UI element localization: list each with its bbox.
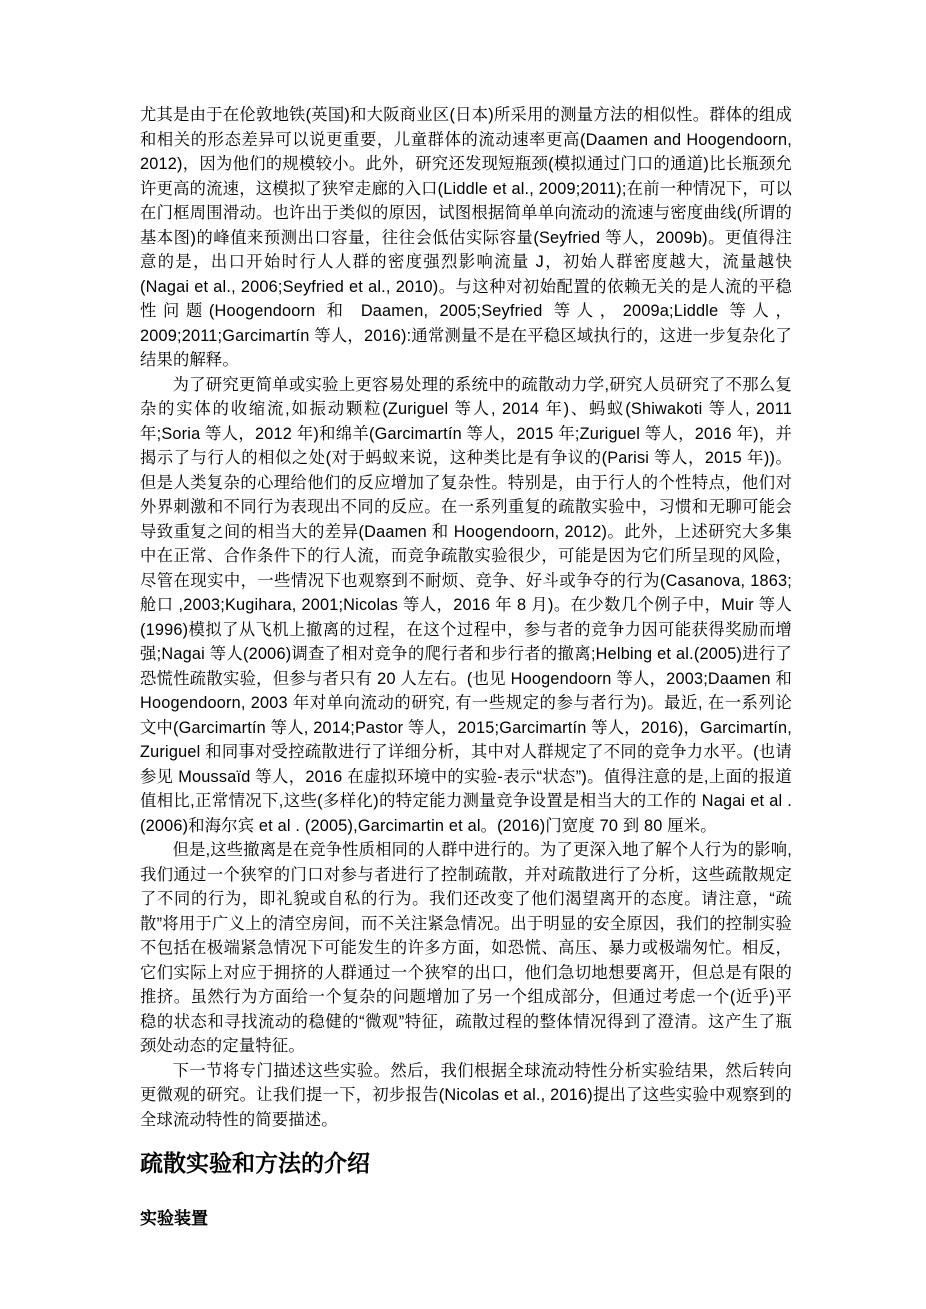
subsection-heading: 实验装置 bbox=[140, 1208, 792, 1230]
section-heading: 疏散实验和方法的介绍 bbox=[140, 1148, 792, 1178]
paragraph-1: 尤其是由于在伦敦地铁(英国)和大阪商业区(日本)所采用的测量方法的相似性。群体的… bbox=[140, 103, 792, 373]
document-page: 尤其是由于在伦敦地铁(英国)和大阪商业区(日本)所采用的测量方法的相似性。群体的… bbox=[140, 103, 792, 1230]
paragraph-3: 但是,这些撤离是在竞争性质相同的人群中进行的。为了更深入地了解个人行为的影响,我… bbox=[140, 838, 792, 1059]
paragraph-4: 下一节将专门描述这些实验。然后，我们根据全球流动特性分析实验结果，然后转向更微观… bbox=[140, 1059, 792, 1133]
paragraph-2: 为了研究更简单或实验上更容易处理的系统中的疏散动力学,研究人员研究了不那么复杂的… bbox=[140, 373, 792, 839]
